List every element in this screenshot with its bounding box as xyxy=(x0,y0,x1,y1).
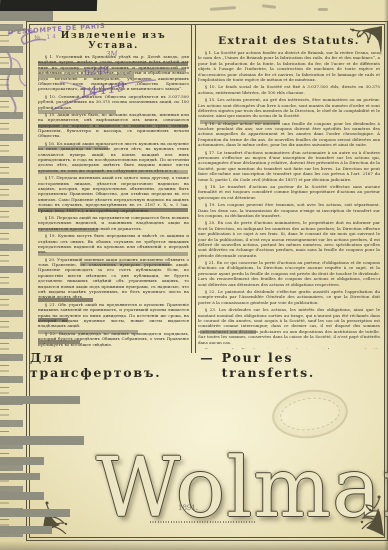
paragraph: § 19. Les coupons peuvent être transmis,… xyxy=(198,202,380,218)
paragraph: § 21. Объ утратѣ акцій на предъявителя и… xyxy=(38,302,189,329)
paragraph: § 17. Le transfert d'actions nominatives… xyxy=(198,150,380,182)
paragraph: § 10. Le fonds social de la Société est … xyxy=(198,84,380,95)
watermark-year: 1891. xyxy=(178,504,198,512)
scan-artifact-bar xyxy=(0,0,97,11)
scan-artifact-bar xyxy=(0,11,53,21)
scan-smudge xyxy=(38,208,188,212)
paper-bottom-edge-shadow xyxy=(0,541,388,550)
scan-smudge xyxy=(38,252,188,256)
paragraph: § 16. À chaque action est annexée une fe… xyxy=(198,121,380,148)
paragraph: § 23. Les dividendes sur les actions, le… xyxy=(198,307,380,345)
scan-smudge xyxy=(200,330,256,334)
scan-smudge xyxy=(38,318,68,322)
transfers-french: Pour les transferts. xyxy=(222,350,384,380)
scan-smudge xyxy=(38,146,108,150)
transfers-dash: — xyxy=(200,350,214,365)
scan-bar xyxy=(0,509,70,517)
scan-smudge xyxy=(38,330,138,334)
scan-smudge xyxy=(38,298,93,302)
paragraph: § 20. En cas de perte d'actions nominati… xyxy=(198,220,380,258)
embossed-seal-inner xyxy=(278,394,341,433)
paragraph: § 22. Le paiement du dividende s'effectu… xyxy=(198,289,380,305)
paragraph: § 15. Les actions peuvent, au gré des in… xyxy=(198,97,380,119)
scan-smudge xyxy=(80,262,170,266)
transfers-russian: Для трансфертовъ. xyxy=(30,350,193,380)
scan-bar xyxy=(0,457,44,465)
printer-microtext-line xyxy=(150,521,256,523)
pencil-smudge xyxy=(262,4,276,8)
scan-smudge xyxy=(200,120,280,124)
scan-bar xyxy=(0,396,80,404)
scan-smudge xyxy=(38,170,188,174)
scan-bar xyxy=(0,473,40,480)
document-page: { "left_column": { "heading": "Извлечені… xyxy=(0,0,388,550)
scan-bar xyxy=(0,526,52,534)
corner-ornament-bottom-right xyxy=(354,492,386,536)
paragraph: § 18. Le transfert d'actions au porteur … xyxy=(198,184,380,200)
note-paragraph: Remarque. La Direction n'a pas à s'immis… xyxy=(198,347,380,349)
pencil-smudge xyxy=(210,6,236,11)
paper-right-edge-shadow xyxy=(384,0,388,550)
scan-bar xyxy=(0,436,84,445)
column-divider xyxy=(191,24,196,353)
scan-bar xyxy=(0,492,44,500)
ink-scribble xyxy=(0,22,170,117)
corner-ornament-top-right xyxy=(346,26,382,56)
scan-smudge xyxy=(38,340,80,344)
pencil-smudge xyxy=(318,8,328,11)
scan-smudge xyxy=(38,228,98,232)
paragraph: § 21. En ce qui concerne la perte d'acti… xyxy=(198,260,380,287)
french-column: Extrait des Statuts. § 1. La Société par… xyxy=(198,27,380,349)
watermark-text: Wolmar xyxy=(96,448,388,530)
scan-smudge xyxy=(38,124,188,128)
transfers-heading: Для трансфертовъ. — Pour les transferts. xyxy=(30,350,384,380)
